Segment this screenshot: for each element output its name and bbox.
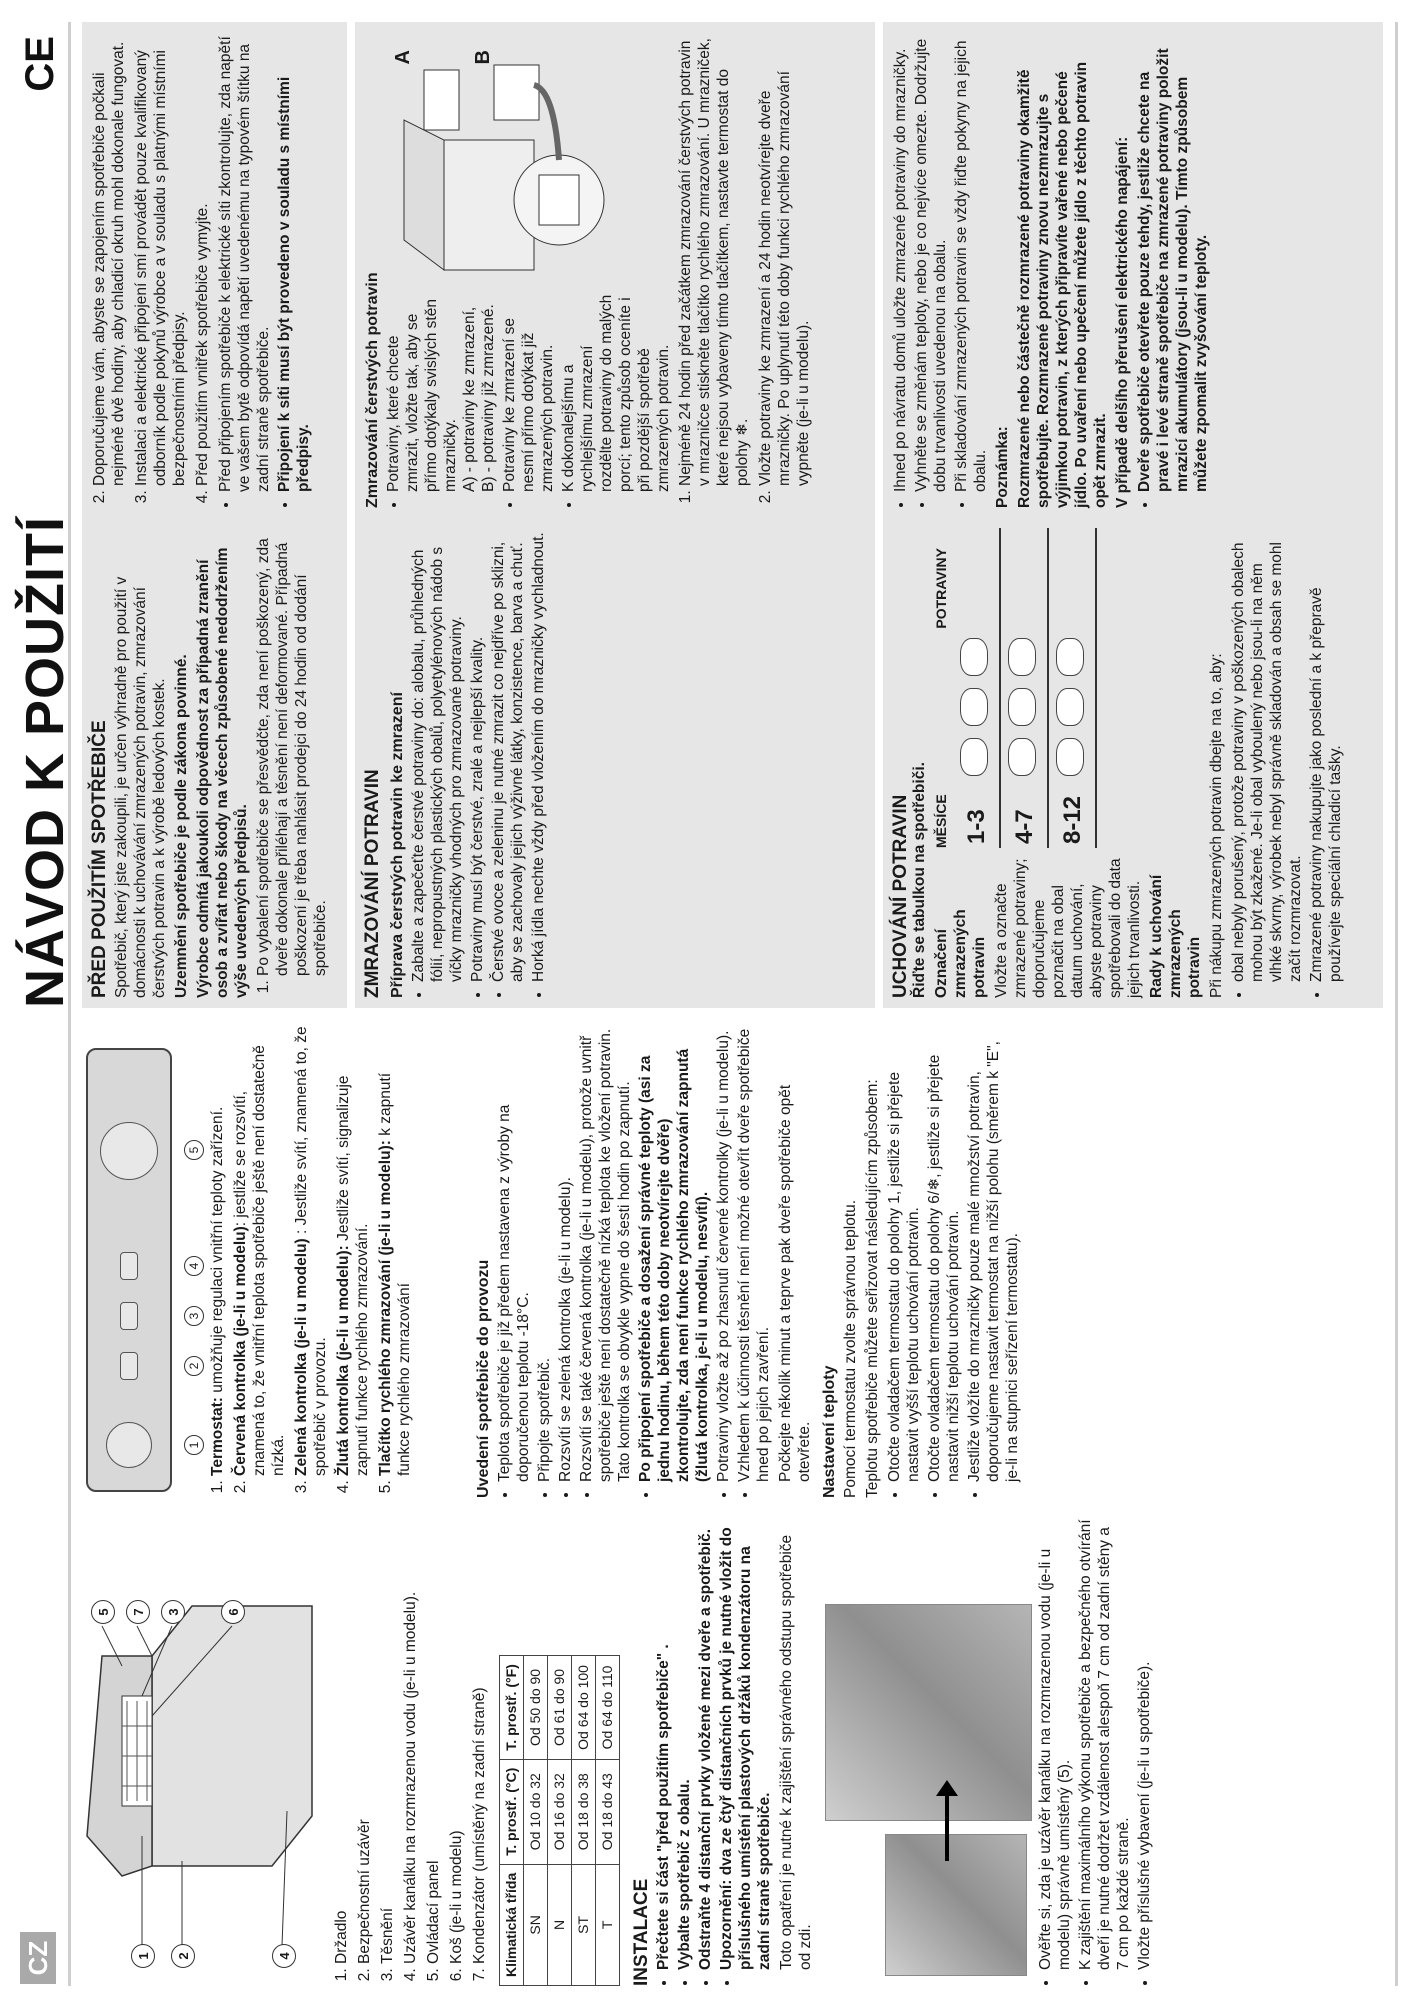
green-lamp-icon xyxy=(120,1302,138,1330)
page-title: NÁVOD K POUŽITÍ xyxy=(14,516,76,1008)
fish-icon xyxy=(960,688,988,726)
label-heading: Označení zmrazených potravin xyxy=(932,858,989,998)
instruction-manual-page: CZ NÁVOD K POUŽITÍ CE 1 2 4 5 7 xyxy=(0,0,1417,2008)
before-use-steps-cont: Doporučujeme vám, abyste se zapojením sp… xyxy=(90,33,212,508)
ce-mark-icon: CE xyxy=(18,36,63,92)
fresh-item: Potraviny, které chcete zmrazit, vložte … xyxy=(384,288,498,492)
control-label: Červená kontrolka (je-li u modelu) xyxy=(232,1226,249,1476)
installation-item: Upozornění: dva ze čtyř distančních prvk… xyxy=(717,1516,774,1970)
control-panel-illustration: 1 2 3 4 5 xyxy=(86,1048,172,1492)
grounding-warning: Uzemnění spotřebiče je podle zákona povi… xyxy=(172,528,191,998)
control-item: Termostat: umožňuje regulaci vnitřní tep… xyxy=(208,1023,227,1476)
fresh-freezing-text: Potraviny, které chcete zmrazit, vložte … xyxy=(384,288,676,508)
callout-7: 7 xyxy=(126,1600,150,1624)
footer-divider xyxy=(1395,22,1398,1986)
strawberry-icon xyxy=(1056,688,1084,726)
table-header: T. prostř. (°F) xyxy=(500,1656,524,1759)
language-badge: CZ xyxy=(20,1932,56,1984)
before-use-left: PŘED POUŽITÍM SPOTŘEBIČE Spotřebič, kter… xyxy=(90,528,334,998)
prep-item: Potraviny musí být čerstvé, zralé a nejl… xyxy=(468,528,487,982)
buying-item: obal nebyly porušený, protože potraviny … xyxy=(1229,528,1305,982)
startup-item: Potraviny vložte až po zhasnutí červené … xyxy=(714,1023,733,1482)
chest-freezer-icon xyxy=(82,1516,332,1986)
before-use-intro: Spotřebič, který jste zakoupili, je urče… xyxy=(112,528,169,998)
storage-subheading: Řiďte se tabulkou na spotřebiči. xyxy=(910,528,929,998)
table-cell: Od 16 do 32 xyxy=(548,1759,572,1864)
fresh-item: Potraviny ke zmrazení se nesmí přímo dot… xyxy=(500,288,557,492)
storage-tip: Vyhněte se změnám teploty, nebo je co ne… xyxy=(912,33,950,492)
before-use-section: PŘED POUŽITÍM SPOTŘEBIČE Spotřebič, kter… xyxy=(82,22,347,1008)
shrimp-icon xyxy=(1008,738,1036,776)
foods-cell xyxy=(953,528,1000,786)
table-row: T Od 18 do 43 Od 64 do 110 xyxy=(596,1656,620,1986)
prep-item: Zabalte a zapečeťte čerstvé potraviny do… xyxy=(409,528,466,982)
startup-item: Po připojení spotřebiče a dosažení správ… xyxy=(636,1023,712,1482)
callout-3: 3 xyxy=(161,1600,185,1624)
climate-class-table: Klimatická třída T. prostř. (°C) T. pros… xyxy=(499,1655,620,1986)
storage-left: UCHOVÁNÍ POTRAVIN Řiďte se tabulkou na s… xyxy=(891,528,1348,998)
freezing-left: ZMRAZOVÁNÍ POTRAVIN Příprava čerstvých p… xyxy=(363,528,551,998)
fast-freeze-button-icon xyxy=(100,1122,158,1180)
part-item: Těsnění xyxy=(378,1516,397,1964)
installation-list-2: Ověřte si, zda je uzávěr kanálku na rozm… xyxy=(1036,1516,1154,1986)
startup-list: Teplota spotřebiče je již předem nastave… xyxy=(495,1023,773,1498)
part-item: Bezpečnostní uzávěr xyxy=(355,1516,374,1964)
table-cell: Od 18 do 38 xyxy=(572,1759,596,1864)
storage-tip: Ihned po návratu domů uložte zmrazené po… xyxy=(891,33,910,492)
table-cell: SN xyxy=(524,1864,548,1985)
freezer-interior-photo xyxy=(825,1604,1032,1821)
panel-callout-4: 4 xyxy=(184,1256,204,1276)
legend-a: A) - potraviny ke zmrazení, xyxy=(461,307,478,492)
temperature-line: Teplotu spotřebiče můžete seřizovat násl… xyxy=(863,1023,882,1498)
table-cell: Od 61 do 90 xyxy=(548,1656,572,1759)
control-item: Tlačítko rychlého zmrazování (je-li u mo… xyxy=(376,1023,414,1476)
middle-column: 1 2 3 4 5 Termostat: umožňuje regulaci v… xyxy=(82,1023,1025,1498)
table-header: T. prostř. (°C) xyxy=(500,1759,524,1864)
left-column: 1 2 4 5 7 3 6 Držadlo Bezpečnostní uzávě… xyxy=(82,1516,1157,1986)
storage-time-table-wrap: MĚSÍCE POTRAVINY 1-3 4-7 8-12 xyxy=(932,528,1207,848)
temperature-line: Pomocí termostatu zvolte správnou teplot… xyxy=(841,1023,860,1498)
table-cell: Od 18 do 43 xyxy=(596,1759,620,1864)
figure-label-b: B xyxy=(474,50,493,64)
startup-heading: Uvedení spotřebiče do provozu xyxy=(474,1023,493,1498)
storage-time-table: 1-3 4-7 8-12 xyxy=(953,528,1097,848)
before-use-bullet: Před připojením spotřebiče k elektrické … xyxy=(216,33,273,492)
callout-1: 1 xyxy=(131,1944,155,1968)
fresh-freezing-row: Potraviny, které chcete zmrazit, vložte … xyxy=(384,33,676,508)
table-cell: Od 64 do 110 xyxy=(596,1656,620,1759)
before-use-bullets: Před připojením spotřebiče k elektrické … xyxy=(216,33,313,508)
part-item: Ovládací panel xyxy=(424,1516,443,1964)
table-cell: N xyxy=(548,1864,572,1985)
control-label: Žlutá kontrolka (je-li u modelu): xyxy=(335,1245,352,1476)
meat-icon xyxy=(1056,638,1084,676)
drain-plug-photos xyxy=(825,1516,1030,1986)
installation-item: Odstraňte 4 distanční prvky vložené mezi… xyxy=(696,1516,715,1970)
table-cell: Od 50 do 90 xyxy=(524,1656,548,1759)
before-use-right: Doporučujeme vám, abyste se zapojením sp… xyxy=(90,33,316,508)
chest-freezer-illustration: 1 2 4 5 7 3 6 xyxy=(82,1516,332,1986)
control-item: Žlutá kontrolka (je-li u modelu): Jestli… xyxy=(334,1023,372,1476)
storage-label-text: Označení zmrazených potravin Vložte a oz… xyxy=(932,858,1207,998)
arrow-head-icon xyxy=(936,1780,958,1796)
installation-note: Toto opatření je nutné k zajištění správ… xyxy=(777,1516,815,1986)
liability-disclaimer: Výrobce odmítá jakoukoli odpovědnost za … xyxy=(194,528,251,998)
panel-callout-1: 1 xyxy=(184,1435,204,1455)
callout-5: 5 xyxy=(91,1600,115,1624)
note-text: Rozmrazené nebo částečně rozmrazené potr… xyxy=(1015,33,1110,508)
table-row: N Od 16 do 32 Od 61 do 90 xyxy=(548,1656,572,1986)
control-text: umožňuje regulaci vnitřní teploty zaříze… xyxy=(209,1107,226,1397)
control-item: Zelená kontrolka (je-li u modelu) : Jest… xyxy=(292,1023,330,1476)
foods-cell xyxy=(1000,528,1048,786)
before-use-steps: Po vybalení spotřebiče se přesvědčte, zd… xyxy=(254,528,330,998)
startup-item: Rozsvítí se také červená kontrolka (je-l… xyxy=(577,1023,634,1482)
cake-icon xyxy=(960,638,988,676)
storage-right: Ihned po návratu domů uložte zmrazené po… xyxy=(891,33,1214,508)
label-text: Vložte a označte zmrazené potraviny; dop… xyxy=(992,858,1144,998)
storage-label-row: Označení zmrazených potravin Vložte a oz… xyxy=(932,528,1207,998)
parts-list: Držadlo Bezpečnostní uzávěr Těsnění Uzáv… xyxy=(332,1516,489,1986)
part-item: Držadlo xyxy=(332,1516,351,1964)
callout-2: 2 xyxy=(171,1944,195,1968)
prep-item: Horká jídla nechte vždy před vložením do… xyxy=(529,528,548,982)
installation-item: Vložte příslušné vybavení (je-li u spotř… xyxy=(1135,1516,1154,1970)
thermostat-knob-icon xyxy=(106,1422,152,1468)
freezer-loading-illustration: A B xyxy=(384,40,614,280)
temperature-item: Jestliže vložíte do mrazničky pouze malé… xyxy=(965,1023,1022,1482)
months-header: MĚSÍCE xyxy=(932,794,951,848)
temperature-item: Otočte ovladačem termostatu do polohy 6/… xyxy=(925,1023,963,1482)
before-use-step: Doporučujeme vám, abyste se zapojením sp… xyxy=(90,33,128,486)
panel-callout-5: 5 xyxy=(184,1140,204,1160)
callout-4: 4 xyxy=(272,1944,296,1968)
installation-list: Přečtete si část "před použitím spotřebi… xyxy=(654,1516,774,1986)
before-use-step: Po vybalení spotřebiče se přesvědčte, zd… xyxy=(254,528,330,976)
table-cell: Od 10 do 32 xyxy=(524,1759,548,1864)
panel-callout-3: 3 xyxy=(184,1306,204,1326)
storage-heading: UCHOVÁNÍ POTRAVIN xyxy=(891,528,910,998)
foods-cell xyxy=(1048,528,1096,786)
buying-intro: Při nákupu zmrazených potravin dbejte na… xyxy=(1207,528,1226,998)
prep-item: Čerstvé ovoce a zeleninu je nutné zmrazi… xyxy=(489,528,527,982)
storage-tips-list: Ihned po návratu domů uložte zmrazené po… xyxy=(891,33,990,508)
table-cell: Od 64 do 100 xyxy=(572,1656,596,1759)
freezing-step: Vložte potraviny ke zmrazení a 24 hodin … xyxy=(756,33,813,486)
installation-item: Vybalte spotřebič z obalu. xyxy=(675,1516,694,1970)
panel-callout-2: 2 xyxy=(184,1356,204,1376)
startup-item: Rozsvítí se zelená kontrolka (je-li u mo… xyxy=(556,1023,575,1482)
temperature-list: Otočte ovladačem termostatu do polohy 1,… xyxy=(885,1023,1022,1498)
buying-item: Zmrazené potraviny nakupujte jako posled… xyxy=(1307,528,1345,982)
yellow-lamp-icon xyxy=(120,1252,138,1280)
callout-6: 6 xyxy=(221,1600,245,1624)
temperature-item: Otočte ovladačem termostatu do polohy 1,… xyxy=(885,1023,923,1482)
months-cell: 8-12 xyxy=(1048,786,1096,848)
table-row: SN Od 10 do 32 Od 50 do 90 xyxy=(524,1656,548,1986)
installation-item: Ověřte si, zda je uzávěr kanálku na rozm… xyxy=(1036,1516,1074,1970)
before-use-bullet: Připojení k síti musí být provedeno v so… xyxy=(275,33,313,492)
freezer-loading-icon xyxy=(384,40,614,280)
storage-table-header: MĚSÍCE POTRAVINY xyxy=(932,528,951,848)
vegetable-icon xyxy=(1008,638,1036,676)
installation-item: K zajištění maximálního výkonu spotřebič… xyxy=(1076,1516,1133,1970)
control-label: Zelená kontrolka (je-li u modelu) xyxy=(293,1238,310,1476)
power-outage-list: Dveře spotřebiče otevřete pouze tehdy, j… xyxy=(1135,33,1211,508)
control-panel-list: Termostat: umožňuje regulaci vnitřní tep… xyxy=(208,1023,414,1498)
table-row: 1-3 xyxy=(953,528,1000,848)
installation-item: Přečtete si část "před použitím spotřebi… xyxy=(654,1516,673,1970)
startup-item: Teplota spotřebiče je již předem nastave… xyxy=(495,1023,533,1482)
power-outage-heading: V případě delšího přerušení elektrického… xyxy=(1113,33,1132,508)
months-cell: 1-3 xyxy=(953,786,1000,848)
freezing-section: ZMRAZOVÁNÍ POTRAVIN Příprava čerstvých p… xyxy=(355,22,875,1008)
foods-header: POTRAVINY xyxy=(932,548,951,629)
fresh-text: Potraviny, které chcete zmrazit, vložte … xyxy=(385,299,459,492)
before-use-step: Instalaci a elektrické připojení smí pro… xyxy=(132,33,189,486)
mushroom-icon xyxy=(1056,738,1084,776)
control-item: Červená kontrolka (je-li u modelu): jest… xyxy=(231,1023,288,1476)
table-row: ST Od 18 do 38 Od 64 do 100 xyxy=(572,1656,596,1986)
part-item: Kondenzátor (umístěný na zadní straně) xyxy=(470,1516,489,1964)
months-cell: 4-7 xyxy=(1000,786,1048,848)
header-divider xyxy=(68,22,71,1986)
bread-icon xyxy=(960,738,988,776)
before-use-heading: PŘED POUŽITÍM SPOTŘEBIČE xyxy=(90,528,109,998)
freezing-steps: Nejméně 24 hodin před začátkem zmrazován… xyxy=(676,33,813,508)
buying-list: obal nebyly porušený, protože potraviny … xyxy=(1229,528,1345,998)
fresh-item: K dokonalejšímu a rychlejšímu zmrazení r… xyxy=(559,288,673,492)
freezing-right: Zmrazování čerstvých potravin Potraviny,… xyxy=(363,33,817,508)
table-header: Klimatická třída xyxy=(500,1864,524,1985)
poultry-icon xyxy=(1008,688,1036,726)
part-item: Uzávěr kanálku na rozmrazenou vodu (je-l… xyxy=(401,1516,420,1964)
red-lamp-icon xyxy=(120,1352,138,1380)
part-item: Koš (je-li u modelu) xyxy=(447,1516,466,1964)
startup-item: Připojte spotřebič. xyxy=(535,1023,554,1482)
freezing-step: Nejméně 24 hodin před začátkem zmrazován… xyxy=(676,33,752,486)
fresh-freezing-heading: Zmrazování čerstvých potravin xyxy=(363,33,382,508)
legend-b: B) - potraviny již zmrazené. xyxy=(480,304,497,492)
prep-heading: Příprava čerstvých potravin ke zmrazení xyxy=(388,528,407,998)
storage-tip: Při skladování zmrazených potravin se vž… xyxy=(952,33,990,492)
prep-list: Zabalte a zapečeťte čerstvé potraviny do… xyxy=(409,528,548,998)
power-outage-item: Dveře spotřebiče otevřete pouze tehdy, j… xyxy=(1135,33,1211,492)
temperature-heading: Nastavení teploty xyxy=(820,1023,839,1498)
control-label: Termostat: xyxy=(209,1397,226,1476)
table-row: 4-7 xyxy=(1000,528,1048,848)
figure-label-a: A xyxy=(394,50,413,64)
table-cell: T xyxy=(596,1864,620,1985)
startup-wait-note: Počkejte několik minut a teprve pak dveř… xyxy=(776,1023,814,1498)
storage-section: UCHOVÁNÍ POTRAVIN Řiďte se tabulkou na s… xyxy=(883,22,1383,1008)
freezing-heading: ZMRAZOVÁNÍ POTRAVIN xyxy=(363,528,382,998)
control-label: Tlačítko rychlého zmrazování (je-li u mo… xyxy=(377,1140,394,1476)
before-use-step: Před použitím vnitřek spotřebiče vymyjte… xyxy=(193,33,212,486)
startup-item: Vzhledem k účinnosti těsnění není možné … xyxy=(735,1023,773,1482)
arrow-icon xyxy=(945,1791,949,1861)
drain-plug-photo xyxy=(885,1834,1027,1976)
fresh-freezing-list: Potraviny, které chcete zmrazit, vložte … xyxy=(384,288,673,508)
table-row: 8-12 xyxy=(1048,528,1096,848)
table-cell: ST xyxy=(572,1864,596,1985)
note-heading: Poznámka: xyxy=(993,33,1012,508)
tips-heading: Rady k uchování zmrazených potravin xyxy=(1147,858,1204,998)
installation-heading: INSTALACE xyxy=(632,1516,651,1986)
